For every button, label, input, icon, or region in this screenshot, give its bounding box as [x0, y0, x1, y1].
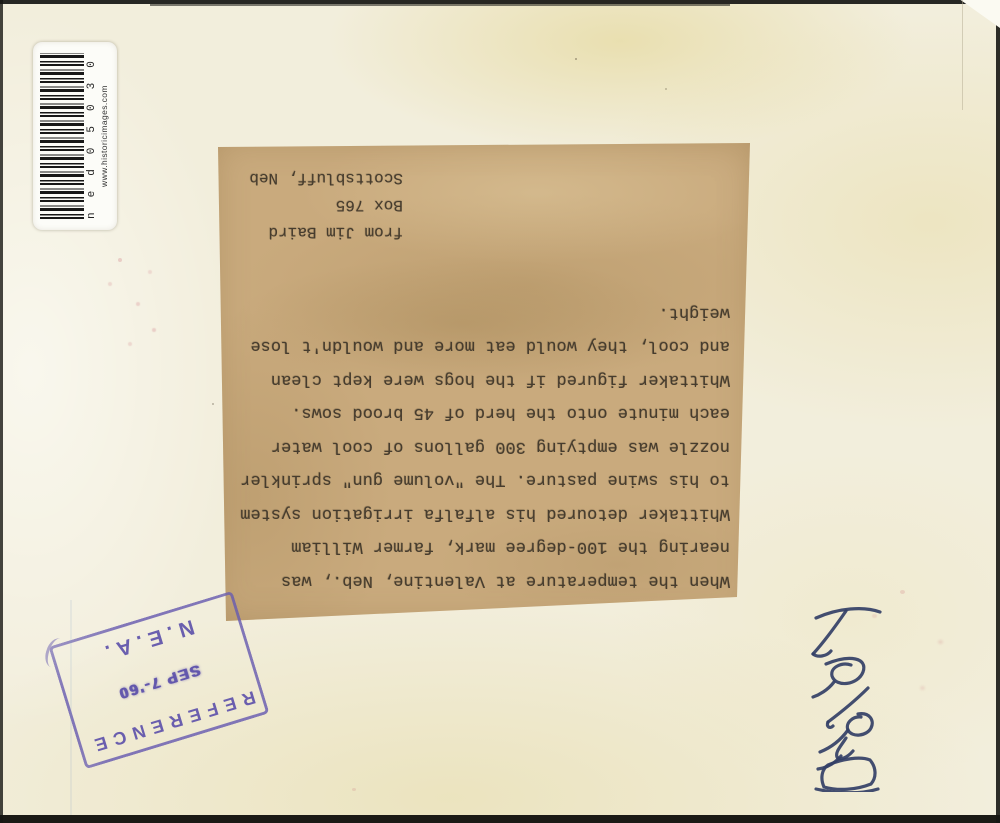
stamp-reference-label: REFERENCE — [85, 686, 258, 757]
clipped-corner — [952, 0, 1000, 28]
photo-back-scan: ned05030 www.historicimages.com When the… — [0, 0, 1000, 823]
pink-speckle — [352, 788, 356, 791]
scan-edge-top-shadow — [150, 4, 730, 6]
caption-line: nozzle was emptying 300 gallons of cool … — [240, 430, 730, 464]
caption-line: weight. — [240, 296, 730, 330]
stamp-agency: N.E.A. — [96, 614, 197, 666]
caption-line: and cool, they would eat more and wouldn… — [240, 329, 730, 363]
caption-line: nearing the 100-degree mark, farmer Will… — [240, 530, 730, 564]
handwritten-id — [786, 602, 906, 792]
scan-edge-bottom — [0, 815, 1000, 823]
caption-line: to his swine pasture. The "volume gun" s… — [240, 463, 730, 497]
caption-line: Whittaker detoured his alfalfa irrigatio… — [240, 497, 730, 531]
caption-line: each minute onto the herd of 45 brood so… — [240, 396, 730, 430]
credit-line: from Jim Baird — [240, 219, 403, 246]
barcode-sticker: ned05030 www.historicimages.com — [33, 42, 117, 230]
credit-line: Box 765 — [240, 192, 403, 219]
caption-line: Whittaker figured if the hogs were kept … — [240, 363, 730, 397]
barcode-icon — [40, 53, 84, 219]
caption-slip: When the temperature at Valentine, Neb.,… — [215, 140, 752, 623]
caption-line: When the temperature at Valentine, Neb.,… — [240, 564, 730, 598]
pink-speckles — [900, 590, 905, 594]
scan-edge-left — [0, 0, 3, 823]
photographer-credit: from Jim Baird Box 765 Scottsbluff, Neb — [240, 165, 403, 246]
caption-slip-text: When the temperature at Valentine, Neb.,… — [215, 140, 752, 623]
credit-line: Scottsbluff, Neb — [240, 165, 403, 192]
reference-stamp: REFERENCE SEP 7-'60 N.E.A. — [48, 591, 269, 770]
barcode-sticker-content: ned05030 www.historicimages.com — [33, 42, 117, 230]
barcode-website: www.historicimages.com — [99, 53, 109, 219]
paper-seam — [962, 0, 963, 110]
scan-edge-right — [996, 0, 1000, 823]
paper-crease — [70, 600, 72, 815]
dust-specks — [575, 58, 577, 60]
barcode-code: ned05030 — [86, 53, 99, 219]
pink-speckles — [118, 258, 122, 262]
stamp-date: SEP 7-'60 — [116, 661, 203, 702]
